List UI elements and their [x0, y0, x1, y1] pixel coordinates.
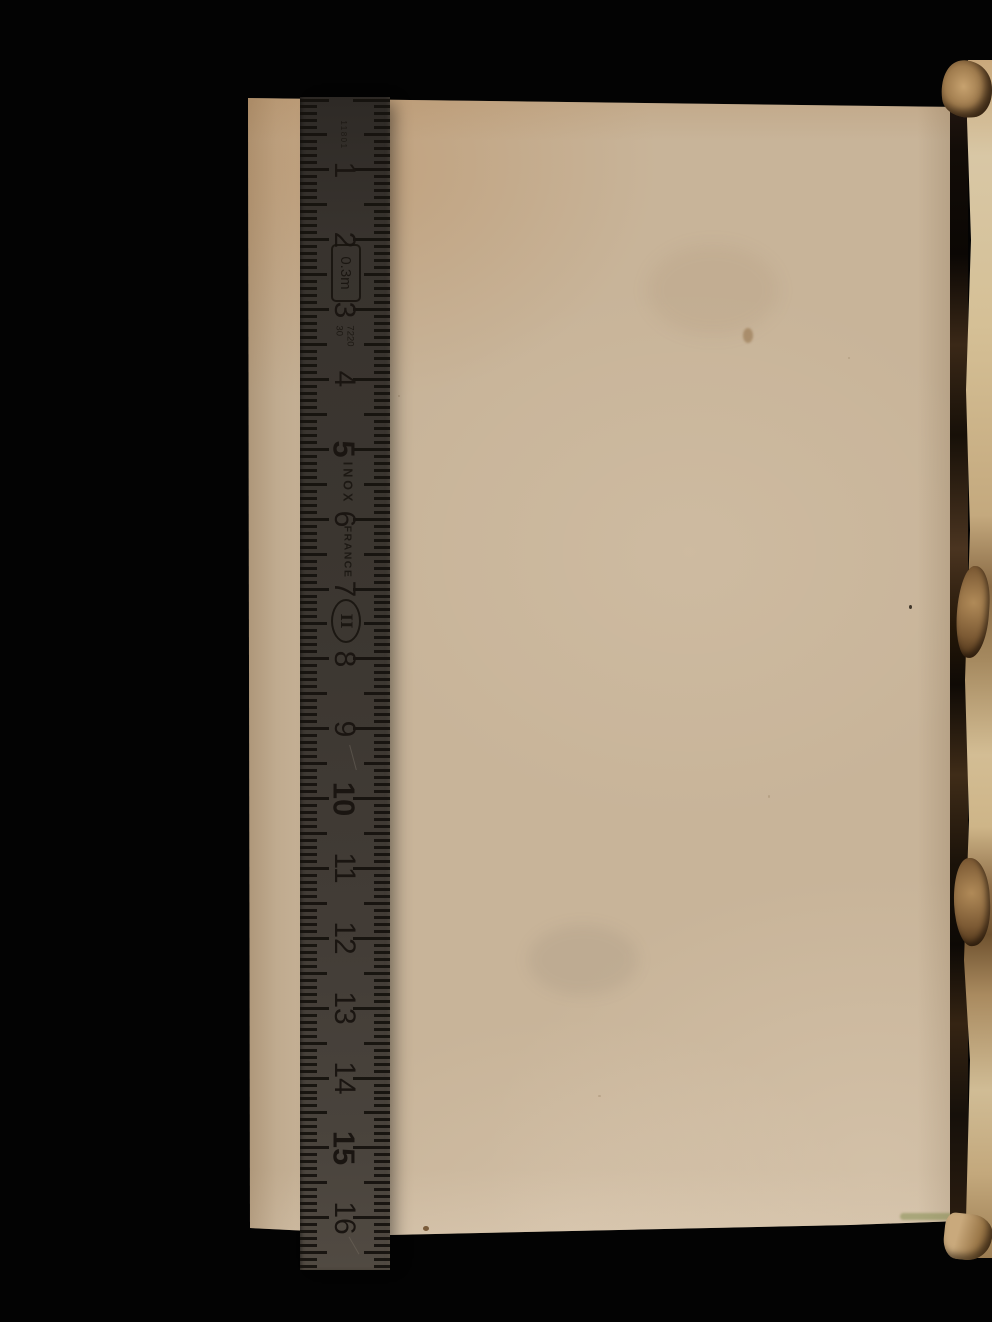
fiber-fleck — [768, 795, 770, 798]
ruler-tick — [374, 455, 390, 458]
ruler-tick — [300, 280, 317, 283]
ruler-tick — [300, 839, 317, 842]
ruler-tick — [300, 741, 317, 744]
ruler-tick — [300, 532, 317, 535]
ruler-tick — [374, 748, 390, 751]
ruler-tick — [300, 895, 317, 898]
ruler-tick — [300, 1049, 317, 1052]
ruler-tick — [300, 497, 317, 500]
ruler-tick — [374, 720, 390, 723]
ruler-tick — [300, 434, 317, 437]
ruler-tick — [300, 986, 317, 989]
ruler-tick — [374, 1097, 390, 1100]
ruler-tick — [374, 364, 390, 367]
ruler-tick — [374, 664, 390, 667]
ruler-tick — [364, 1181, 390, 1184]
ruler-tick — [364, 413, 390, 416]
ruler-tick — [374, 1021, 390, 1024]
ruler-tick — [300, 182, 317, 185]
ruler-tick — [364, 483, 390, 486]
ruler-tick — [374, 441, 390, 444]
ruler-tick — [300, 972, 327, 975]
fiber-fleck — [848, 357, 850, 359]
ruler-tick — [300, 119, 317, 122]
ruler-tick — [374, 1188, 390, 1191]
ruler-tick — [374, 1000, 390, 1003]
ruler-tick — [374, 650, 390, 653]
edge-speck — [423, 1226, 429, 1231]
ruler-tick — [374, 643, 390, 646]
ruler-tick — [300, 783, 317, 786]
ruler-tick — [300, 1251, 327, 1254]
binding-gutter-shadow — [950, 96, 968, 1228]
ruler-tick — [374, 846, 390, 849]
ruler-tick — [300, 888, 317, 891]
ruler-tick — [374, 385, 390, 388]
ruler-tick — [300, 399, 317, 402]
ruler-tick — [374, 1195, 390, 1198]
ruler-tick — [300, 210, 317, 213]
ruler-tick — [300, 762, 327, 765]
ruler-length-badge: 0.3m — [331, 244, 361, 302]
ruler-cm-label: 8 — [329, 651, 359, 668]
ruler-tick — [300, 1195, 317, 1198]
ruler-tick — [374, 217, 390, 220]
ruler-tick — [374, 755, 390, 758]
ruler-tick — [300, 329, 317, 332]
ruler-tick — [300, 406, 317, 409]
measuring-ruler: 12345678910111213141516 11801 0.3m 7220 … — [300, 97, 390, 1270]
ruler-tick — [374, 581, 390, 584]
ruler-tick — [374, 231, 390, 234]
ruler-tick — [374, 539, 390, 542]
ruler-tick — [300, 259, 317, 262]
ruler-tick — [300, 657, 329, 660]
ruler-tick — [364, 553, 390, 556]
ruler-tick — [374, 916, 390, 919]
ruler-tick — [364, 203, 390, 206]
ruler-tick — [300, 147, 317, 150]
ink-speck — [909, 605, 912, 609]
ruler-tick — [300, 511, 317, 514]
ruler-tick — [374, 595, 390, 598]
ruler-cm-label: 1 — [329, 162, 359, 179]
ruler-tick — [374, 350, 390, 353]
ruler-tick — [374, 853, 390, 856]
ruler-tick — [374, 930, 390, 933]
ruler-tick — [374, 175, 390, 178]
ruler-tick — [374, 112, 390, 115]
ruler-scratch — [349, 1237, 360, 1255]
ruler-tick — [300, 748, 317, 751]
ruler-origin-label: FRANCE — [342, 526, 353, 579]
ruler-tick — [374, 629, 390, 632]
ruler-tick — [300, 189, 317, 192]
ruler-tick — [374, 979, 390, 982]
ruler-tick — [300, 1146, 329, 1149]
ruler-tick — [300, 727, 329, 730]
ruler-tick — [374, 986, 390, 989]
photo-backdrop: 12345678910111213141516 11801 0.3m 7220 … — [0, 0, 992, 1322]
ruler-tick — [300, 853, 317, 856]
ruler-tick — [374, 1070, 390, 1073]
ruler-cm-label: 3 — [329, 301, 359, 318]
ruler-tick — [374, 490, 390, 493]
ruler-tick — [300, 923, 317, 926]
ruler-tick — [374, 818, 390, 821]
ruler-tick — [300, 706, 317, 709]
ruler-tick — [374, 357, 390, 360]
ruler-tick — [374, 245, 390, 248]
ruler-tick — [374, 1265, 390, 1268]
ruler-tick — [300, 699, 317, 702]
ruler-tick — [300, 1125, 317, 1128]
ruler-tick — [300, 441, 317, 444]
ruler-tick — [300, 776, 317, 779]
ruler-tick — [300, 175, 317, 178]
ruler-tick — [374, 1035, 390, 1038]
ruler-tick — [374, 874, 390, 877]
ruler-tick — [300, 692, 327, 695]
ruler-tick — [300, 546, 317, 549]
ruler-tick — [300, 525, 317, 528]
ruler-tick — [374, 685, 390, 688]
ruler-tick — [374, 147, 390, 150]
ruler-tick — [300, 196, 317, 199]
ruler-tick — [300, 287, 317, 290]
ruler-tick — [300, 909, 317, 912]
ruler-tick — [374, 140, 390, 143]
ruler-tick — [374, 1056, 390, 1059]
ruler-tick — [300, 245, 317, 248]
ruler-tick — [300, 671, 317, 674]
ruler-tick — [300, 420, 317, 423]
ruler-tick — [374, 1091, 390, 1094]
ruler-tick — [374, 1139, 390, 1142]
ruler-tick — [300, 993, 317, 996]
ruler-tick — [353, 99, 390, 102]
ruler-tick — [300, 301, 317, 304]
ruler-tick — [374, 671, 390, 674]
ruler-tick — [300, 881, 317, 884]
ruler-tick — [300, 1000, 317, 1003]
ruler-tick — [374, 497, 390, 500]
ruler-tick — [300, 1167, 317, 1170]
ruler-tick — [300, 713, 317, 716]
ruler-tick — [300, 392, 317, 395]
ruler-tick — [374, 532, 390, 535]
ruler-tick — [374, 259, 390, 262]
ruler-tick — [300, 951, 317, 954]
ruler-tick — [374, 154, 390, 157]
ruler-tick — [300, 105, 317, 108]
ruler-tick — [374, 399, 390, 402]
ruler-tick — [300, 1077, 329, 1080]
ruler-tick — [300, 608, 317, 611]
ruler-tick — [300, 629, 317, 632]
ruler-tick — [300, 958, 317, 961]
ruler-tick — [300, 1230, 317, 1233]
ruler-tick — [300, 462, 317, 465]
ruler-tick — [300, 1084, 317, 1087]
ruler-tick — [364, 902, 390, 905]
ruler-tick — [300, 916, 317, 919]
ruler-tick — [300, 126, 317, 129]
ruler-tick — [300, 1216, 329, 1219]
ruler-tick — [374, 210, 390, 213]
ruler-tick — [374, 406, 390, 409]
ruler-tick — [374, 965, 390, 968]
ruler-cm-label: 13 — [329, 991, 359, 1024]
ruler-tick — [300, 1063, 317, 1066]
ruler-tick — [374, 1160, 390, 1163]
ruler-tick — [374, 420, 390, 423]
ruler-tick — [374, 1014, 390, 1017]
ruler-cm-label: 14 — [329, 1061, 359, 1094]
ruler-tick — [300, 944, 317, 947]
ruler-tick — [300, 518, 329, 521]
ruler-tick — [374, 636, 390, 639]
ruler-tick — [300, 161, 317, 164]
ruler-tick — [374, 574, 390, 577]
ruler-tick — [300, 1244, 317, 1247]
ruler-tick — [374, 1167, 390, 1170]
ruler-tick — [300, 294, 317, 297]
ruler-tick — [300, 168, 329, 171]
ruler-tick — [300, 790, 317, 793]
ruler-tick — [300, 322, 317, 325]
ruler-tick — [300, 804, 317, 807]
ruler-tick — [374, 511, 390, 514]
ruler-tick — [300, 1202, 317, 1205]
ruler-tick — [300, 581, 317, 584]
ruler-tick — [300, 483, 327, 486]
ruler-tick — [300, 217, 317, 220]
ruler-tick — [374, 126, 390, 129]
ruler-tick — [300, 832, 327, 835]
ruler-tick — [374, 371, 390, 374]
ruler-tick — [300, 1091, 317, 1094]
ruler-tick — [364, 762, 390, 765]
ruler-cm-label: 7 — [329, 581, 359, 598]
ruler-tick — [374, 1125, 390, 1128]
ruler-tick — [300, 448, 329, 451]
ruler-tick — [300, 350, 317, 353]
ruler-tick — [300, 1111, 327, 1114]
ruler-tick — [374, 769, 390, 772]
ruler-tick — [300, 266, 317, 269]
stain-spot — [743, 328, 753, 343]
ruler-tick — [374, 895, 390, 898]
ruler-tick — [364, 692, 390, 695]
ruler-tick — [300, 1035, 317, 1038]
ruler-tick — [374, 783, 390, 786]
ruler-tick — [300, 252, 317, 255]
fiber-fleck — [398, 395, 400, 397]
ruler-tick — [300, 902, 327, 905]
ruler-tick — [300, 154, 317, 157]
ruler-tick — [300, 1007, 329, 1010]
ruler-tick — [374, 615, 390, 618]
ruler-tick — [300, 622, 327, 625]
ruler-tick — [300, 937, 329, 940]
ruler-tick — [374, 601, 390, 604]
ruler-tick — [300, 595, 317, 598]
ruler-tick — [300, 238, 329, 241]
ruler-tick — [300, 1209, 317, 1212]
ruler-tick — [374, 224, 390, 227]
ruler-model-line2: 30 — [333, 325, 344, 346]
ruler-tick — [374, 287, 390, 290]
ruler-tick — [374, 182, 390, 185]
ruler-accuracy-class-badge: II — [331, 599, 361, 643]
ruler-tick — [364, 972, 390, 975]
ruler-tick — [364, 343, 390, 346]
ruler-tick — [374, 427, 390, 430]
ruler-tick — [374, 909, 390, 912]
ruler-accuracy-class: II — [338, 614, 354, 629]
ruler-tick — [374, 504, 390, 507]
ruler-tick — [374, 161, 390, 164]
ruler-tick — [364, 1111, 390, 1114]
ruler-tick — [374, 252, 390, 255]
ruler-tick — [300, 867, 329, 870]
ruler-tick — [364, 1251, 390, 1254]
ruler-tick — [374, 1153, 390, 1156]
ruler-model-line1: 7220 — [344, 325, 355, 346]
ruler-tick — [374, 1258, 390, 1261]
ruler-serial-text: 11801 — [339, 120, 347, 149]
ruler-tick — [300, 930, 317, 933]
ruler-tick — [300, 846, 317, 849]
ruler-tick — [374, 1084, 390, 1087]
ruler-tick — [300, 1174, 317, 1177]
ruler-cm-label: 15 — [329, 1131, 360, 1165]
ruler-tick — [374, 525, 390, 528]
spine-edge-strip — [964, 60, 992, 1258]
ruler-tick — [364, 1042, 390, 1045]
fiber-fleck — [598, 1095, 601, 1097]
ruler-tick — [300, 357, 317, 360]
ruler-tick — [300, 490, 317, 493]
ruler-tick — [300, 1139, 317, 1142]
ruler-tick — [374, 476, 390, 479]
ruler-tick — [374, 706, 390, 709]
ruler-tick — [300, 755, 317, 758]
ruler-tick — [300, 133, 327, 136]
ruler-tick — [374, 119, 390, 122]
ruler-tick — [300, 560, 317, 563]
ruler-tick — [300, 860, 317, 863]
ruler-tick — [374, 189, 390, 192]
ruler-tick — [300, 818, 317, 821]
ruler-tick — [300, 1132, 317, 1135]
ruler-tick — [300, 315, 317, 318]
ruler-tick — [364, 832, 390, 835]
ruler-cm-label: 16 — [329, 1201, 359, 1234]
ruler-tick — [300, 588, 329, 591]
ruler-tick — [300, 112, 317, 115]
ruler-tick — [374, 888, 390, 891]
ruler-tick — [300, 224, 317, 227]
ruler-tick — [374, 776, 390, 779]
ruler-tick — [374, 567, 390, 570]
ruler-tick — [374, 329, 390, 332]
ruler-tick — [374, 294, 390, 297]
ruler-tick — [374, 1132, 390, 1135]
ruler-tick — [374, 951, 390, 954]
ruler-tick — [374, 315, 390, 318]
ruler-tick — [300, 343, 327, 346]
ruler-cm-label: 4 — [329, 371, 359, 388]
ruler-tick — [300, 979, 317, 982]
ruler-tick — [374, 434, 390, 437]
ruler-tick — [300, 427, 317, 430]
ruler-tick — [374, 1230, 390, 1233]
ruler-tick — [300, 965, 317, 968]
ruler-tick — [374, 839, 390, 842]
ruler-cm-label: 12 — [329, 922, 359, 955]
ruler-tick — [374, 1049, 390, 1052]
ruler-tick — [374, 1209, 390, 1212]
ruler-tick — [374, 734, 390, 737]
ruler-tick — [364, 273, 390, 276]
ruler-tick — [300, 1028, 317, 1031]
smudge — [528, 925, 638, 995]
ruler-tick — [300, 615, 317, 618]
ruler-tick — [374, 301, 390, 304]
ruler-material-label: INOX — [341, 462, 354, 505]
ruler-tick — [300, 1021, 317, 1024]
ruler-tick — [374, 804, 390, 807]
ruler-tick — [374, 678, 390, 681]
ruler-cm-label: 10 — [329, 781, 360, 815]
ruler-tick — [300, 1097, 317, 1100]
ruler-tick — [374, 322, 390, 325]
ruler-tick — [300, 539, 317, 542]
ruler-tick — [300, 574, 317, 577]
ruler-tick — [300, 231, 317, 234]
ruler-tick — [300, 769, 317, 772]
ruler-tick — [300, 1265, 317, 1268]
ruler-tick — [374, 1244, 390, 1247]
ruler-tick — [300, 1118, 317, 1121]
ruler-tick — [300, 678, 317, 681]
ruler-tick — [374, 993, 390, 996]
ruler-tick — [374, 469, 390, 472]
ruler-tick — [374, 881, 390, 884]
ruler-tick — [374, 336, 390, 339]
ruler-tick — [374, 944, 390, 947]
ruler-tick — [300, 1104, 317, 1107]
ruler-tick — [374, 699, 390, 702]
ruler-tick — [300, 811, 317, 814]
ruler-tick — [300, 734, 317, 737]
ruler-tick — [374, 1118, 390, 1121]
ruler-tick — [300, 797, 329, 800]
ruler-tick — [300, 650, 317, 653]
ruler-tick — [300, 371, 317, 374]
ruler-tick — [300, 140, 317, 143]
ruler-tick — [300, 874, 317, 877]
ruler-tick — [300, 664, 317, 667]
ruler-tick — [300, 1160, 317, 1163]
ruler-tick — [300, 455, 317, 458]
ruler-tick — [300, 685, 317, 688]
ruler-tick — [374, 790, 390, 793]
ruler-tick — [300, 825, 317, 828]
ruler-tick — [374, 958, 390, 961]
